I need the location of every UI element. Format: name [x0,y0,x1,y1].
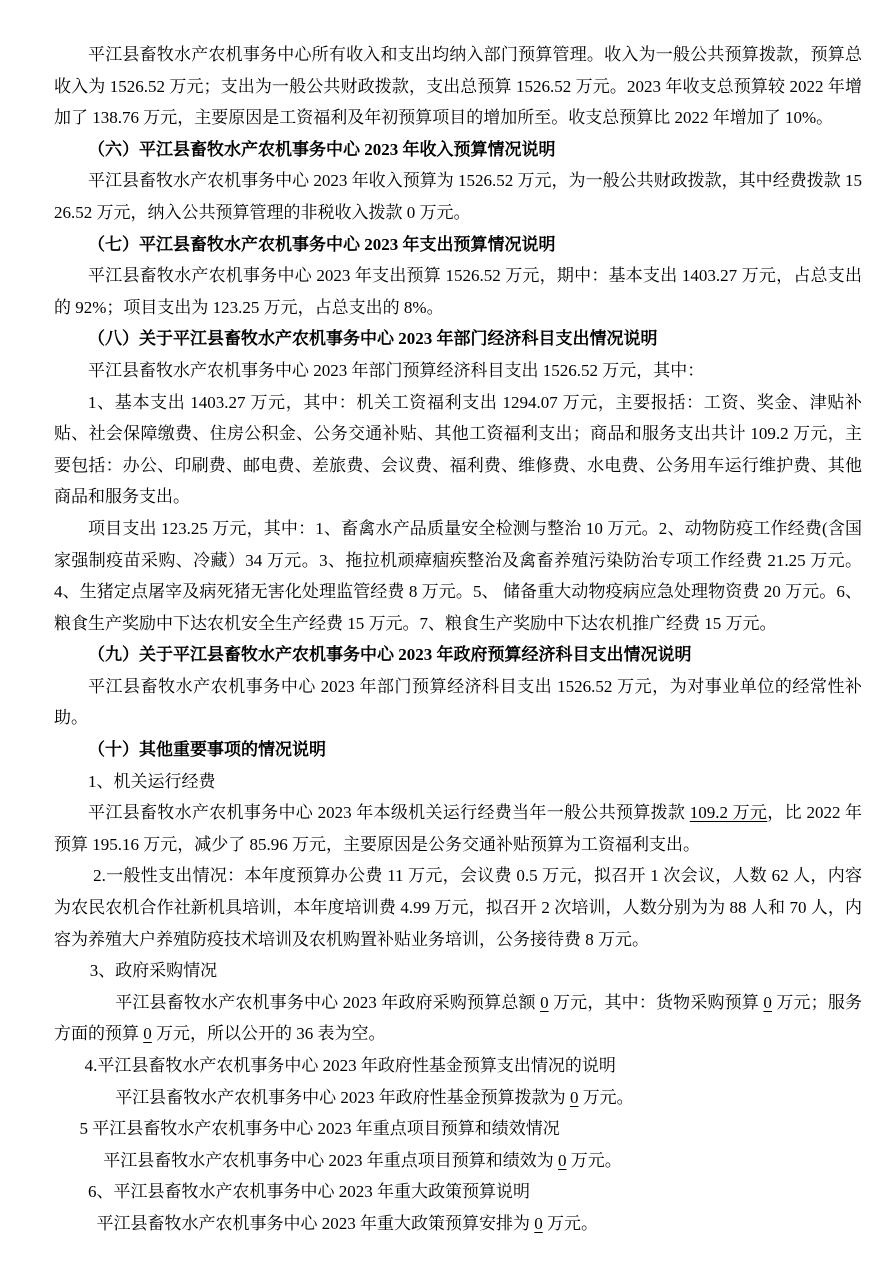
section-heading: （九）关于平江县畜牧水产农机事务中心 2023 年政府预算经济科目支出情况说明 [54,639,862,671]
text-run: 万元，其中：货物采购预算 [549,993,764,1012]
text-run: 5 平江县畜牧水产农机事务中心 2023 年重点项目预算和绩效情况 [80,1119,560,1138]
paragraph: 3、政府采购情况 [54,955,862,987]
underlined-value: 0 [558,1151,567,1170]
paragraph: 2.一般性支出情况：本年度预算办公费 11 万元，会议费 0.5 万元，拟召开 … [54,860,862,955]
text-run: （八）关于平江县畜牧水产农机事务中心 2023 年部门经济科目支出情况说明 [88,329,658,348]
section-heading: （六）平江县畜牧水产农机事务中心 2023 年收入预算情况说明 [54,134,862,166]
text-run: 万元，所以公开的 36 表为空。 [152,1024,386,1043]
paragraph: 6、平江县畜牧水产农机事务中心 2023 年重大政策预算说明 [54,1176,862,1208]
section-heading: （八）关于平江县畜牧水产农机事务中心 2023 年部门经济科目支出情况说明 [54,323,862,355]
text-run: 万元。 [543,1214,598,1233]
text-run: 6、平江县畜牧水产农机事务中心 2023 年重大政策预算说明 [88,1182,530,1201]
underlined-value: 0 [143,1024,152,1043]
text-run: 万元。 [578,1088,633,1107]
paragraph: 平江县畜牧水产农机事务中心 2023 年收入预算为 1526.52 万元，为一般… [54,165,862,228]
document-page: 平江县畜牧水产农机事务中心所有收入和支出均纳入部门预算管理。收入为一般公共预算拨… [0,0,895,1267]
underlined-value: 109.2 万元 [690,803,767,822]
text-run: 平江县畜牧水产农机事务中心 2023 年政府采购预算总额 [115,993,540,1012]
underlined-value: 0 [540,993,549,1012]
paragraph: 平江县畜牧水产农机事务中心 2023 年政府采购预算总额 0 万元，其中：货物采… [54,987,862,1050]
paragraph: 4.平江县畜牧水产农机事务中心 2023 年政府性基金预算支出情况的说明 [54,1050,862,1082]
underlined-value: 0 [534,1214,543,1233]
text-run: 平江县畜牧水产农机事务中心所有收入和支出均纳入部门预算管理。收入为一般公共预算拨… [54,45,862,127]
section-heading: （十）其他重要事项的情况说明 [54,734,862,766]
paragraph: 平江县畜牧水产农机事务中心 2023 年支出预算 1526.52 万元，期中：基… [54,260,862,323]
text-run: （十）其他重要事项的情况说明 [88,740,326,759]
section-heading: （七）平江县畜牧水产农机事务中心 2023 年支出预算情况说明 [54,229,862,261]
text-run: （六）平江县畜牧水产农机事务中心 2023 年收入预算情况说明 [88,140,556,159]
paragraph: 平江县畜牧水产农机事务中心 2023 年部门预算经济科目支出 1526.52 万… [54,671,862,734]
paragraph: 1、基本支出 1403.27 万元，其中：机关工资福利支出 1294.07 万元… [54,387,862,513]
text-run: 1、机关运行经费 [88,772,216,791]
text-run: 万元。 [567,1151,622,1170]
paragraph: 5 平江县畜牧水产农机事务中心 2023 年重点项目预算和绩效情况 [54,1113,862,1145]
text-run: 3、政府采购情况 [90,961,218,980]
text-run: 平江县畜牧水产农机事务中心 2023 年支出预算 1526.52 万元，期中：基… [54,266,862,317]
text-run: 平江县畜牧水产农机事务中心 2023 年政府性基金预算拨款为 [115,1088,570,1107]
paragraph: 平江县畜牧水产农机事务中心所有收入和支出均纳入部门预算管理。收入为一般公共预算拨… [54,39,862,134]
paragraph: 平江县畜牧水产农机事务中心 2023 年重点项目预算和绩效为 0 万元。 [54,1145,862,1177]
text-run: 项目支出 123.25 万元，其中：1、畜禽水产品质量安全检测与整治 10 万元… [54,519,862,633]
text-run: 平江县畜牧水产农机事务中心 2023 年本级机关运行经费当年一般公共预算拨款 [88,803,690,822]
text-run: 平江县畜牧水产农机事务中心 2023 年重点项目预算和绩效为 [103,1151,558,1170]
text-run: 1、基本支出 1403.27 万元，其中：机关工资福利支出 1294.07 万元… [54,393,862,507]
text-run: 4.平江县畜牧水产农机事务中心 2023 年政府性基金预算支出情况的说明 [85,1056,616,1075]
underlined-value: 0 [763,993,772,1012]
text-run: （九）关于平江县畜牧水产农机事务中心 2023 年政府预算经济科目支出情况说明 [88,645,692,664]
text-run: （七）平江县畜牧水产农机事务中心 2023 年支出预算情况说明 [88,235,556,254]
text-run: 平江县畜牧水产农机事务中心 2023 年收入预算为 1526.52 万元，为一般… [54,171,862,222]
text-run: 平江县畜牧水产农机事务中心 2023 年部门预算经济科目支出 1526.52 万… [54,677,862,728]
paragraph: 平江县畜牧水产农机事务中心 2023 年重大政策预算安排为 0 万元。 [54,1208,862,1240]
text-run: 平江县畜牧水产农机事务中心 2023 年部门预算经济科目支出 1526.52 万… [88,361,704,380]
text-run: 2.一般性支出情况：本年度预算办公费 11 万元，会议费 0.5 万元，拟召开 … [54,866,862,948]
paragraph: 1、机关运行经费 [54,766,862,798]
paragraph: 平江县畜牧水产农机事务中心 2023 年政府性基金预算拨款为 0 万元。 [54,1082,862,1114]
document-body: 平江县畜牧水产农机事务中心所有收入和支出均纳入部门预算管理。收入为一般公共预算拨… [54,39,862,1240]
paragraph: 平江县畜牧水产农机事务中心 2023 年部门预算经济科目支出 1526.52 万… [54,355,862,387]
paragraph: 平江县畜牧水产农机事务中心 2023 年本级机关运行经费当年一般公共预算拨款 1… [54,797,862,860]
paragraph: 项目支出 123.25 万元，其中：1、畜禽水产品质量安全检测与整治 10 万元… [54,513,862,639]
text-run: 平江县畜牧水产农机事务中心 2023 年重大政策预算安排为 [97,1214,535,1233]
